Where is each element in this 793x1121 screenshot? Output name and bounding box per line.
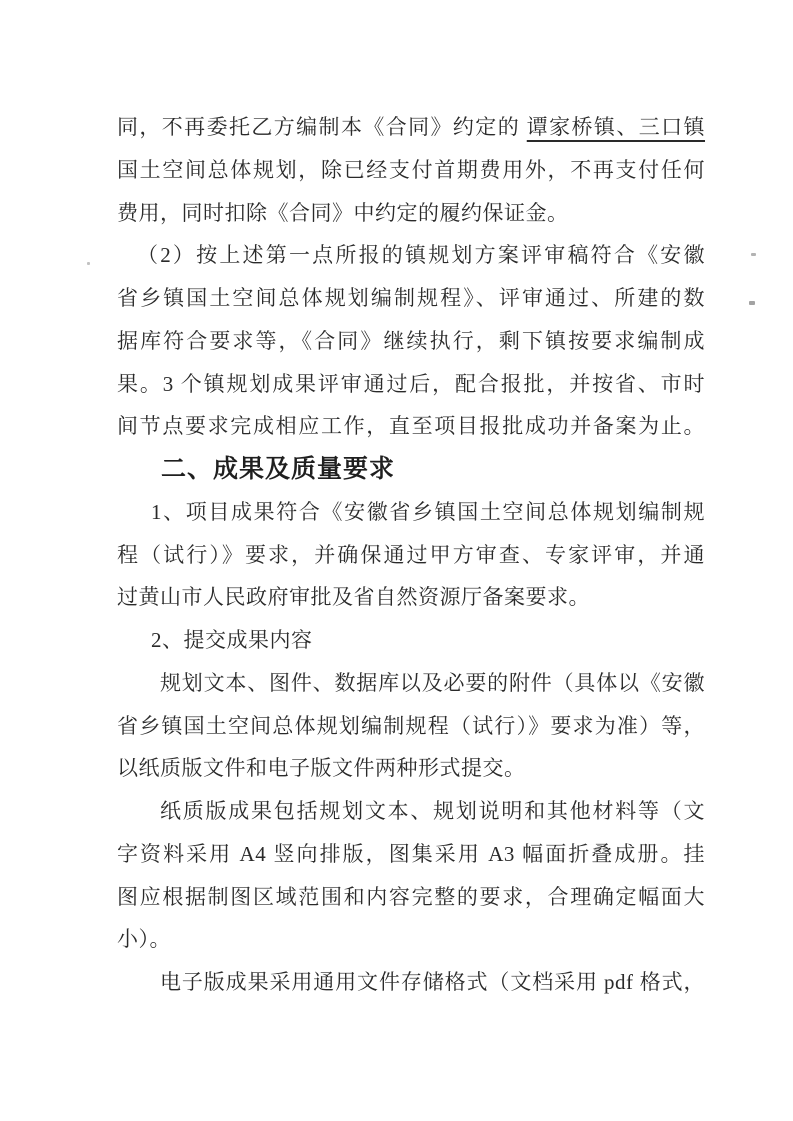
- underlined-town-names: 谭家桥镇、三口镇: [527, 115, 705, 139]
- document-text-block: 同，不再委托乙方编制本《合同》约定的 谭家桥镇、三口镇 国土空间总体规划，除已经…: [117, 106, 705, 1004]
- document-line: 国土空间总体规划，除已经支付首期费用外，不再支付任何: [117, 149, 705, 192]
- document-line: 以纸质版文件和电子版文件两种形式提交。: [117, 747, 705, 790]
- document-line: 据库符合要求等，《合同》继续执行，剩下镇按要求编制成: [117, 320, 705, 363]
- scan-speck: [87, 262, 90, 265]
- scan-speck: [749, 301, 755, 305]
- document-page: 同，不再委托乙方编制本《合同》约定的 谭家桥镇、三口镇 国土空间总体规划，除已经…: [0, 0, 793, 1121]
- section-heading: 二、成果及质量要求: [117, 448, 705, 491]
- document-line: 程（试行）》要求，并确保通过甲方审查、专家评审，并通: [117, 534, 705, 577]
- document-line: 省乡镇国土空间总体规划编制规程》、评审通过、所建的数: [117, 277, 705, 320]
- document-line: 小）。: [117, 918, 705, 961]
- document-line: （2）按上述第一点所报的镇规划方案评审稿符合《安徽: [117, 234, 705, 277]
- document-line: 纸质版成果包括规划文本、规划说明和其他材料等（文: [117, 790, 705, 833]
- document-line: 图应根据制图区域范围和内容完整的要求，合理确定幅面大: [117, 876, 705, 919]
- document-line: 费用，同时扣除《合同》中约定的履约保证金。: [117, 192, 705, 235]
- document-line: 规划文本、图件、数据库以及必要的附件（具体以《安徽: [117, 662, 705, 705]
- document-line: 果。3 个镇规划成果评审通过后，配合报批，并按省、市时: [117, 363, 705, 406]
- document-line: 1、项目成果符合《安徽省乡镇国土空间总体规划编制规: [117, 491, 705, 534]
- document-line: 间节点要求完成相应工作，直至项目报批成功并备案为止。: [117, 405, 705, 448]
- document-line: 字资料采用 A4 竖向排版，图集采用 A3 幅面折叠成册。挂: [117, 833, 705, 876]
- document-line: 过黄山市人民政府审批及省自然资源厅备案要求。: [117, 576, 705, 619]
- scan-speck: [751, 253, 756, 256]
- document-line: 省乡镇国土空间总体规划编制规程（试行）》要求为准）等，: [117, 705, 705, 748]
- document-line: 电子版成果采用通用文件存储格式（文档采用 pdf 格式，: [117, 961, 705, 1004]
- document-line: 2、提交成果内容: [117, 619, 705, 662]
- document-line: 同，不再委托乙方编制本《合同》约定的 谭家桥镇、三口镇: [117, 106, 705, 149]
- line-text: 同，不再委托乙方编制本《合同》约定的: [117, 115, 527, 139]
